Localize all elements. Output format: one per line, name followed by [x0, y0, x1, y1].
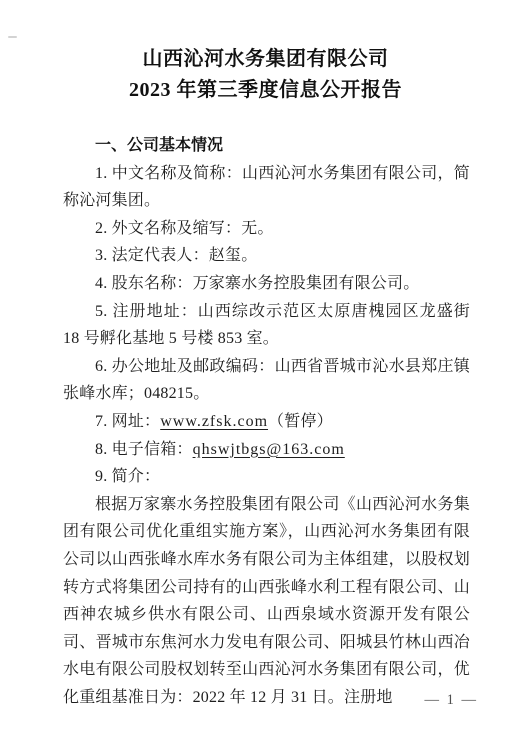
item-website: 7. 网址：www.zfsk.com（暂停） [63, 408, 470, 436]
item-foreign-name-text: 2. 外文名称及缩写：无。 [95, 220, 274, 237]
intro-paragraph: 根据万家寨水务控股集团有限公司《山西沁河水务集团有限公司优化重组实施方案》，山西… [63, 491, 470, 712]
item-intro-label-text: 9. 简介： [95, 468, 160, 485]
report-title-line2: 2023 年第三季度信息公开报告 [0, 75, 531, 106]
report-body: 一、公司基本情况 1. 中文名称及简称：山西沁河水务集团有限公司，简称沁河集团。… [63, 132, 470, 711]
item-chinese-name: 1. 中文名称及简称：山西沁河水务集团有限公司，简称沁河集团。 [63, 160, 470, 215]
item-shareholder-name: 4. 股东名称：万家寨水务控股集团有限公司。 [63, 270, 470, 298]
website-link[interactable]: www.zfsk.com [160, 413, 268, 430]
item-foreign-name: 2. 外文名称及缩写：无。 [63, 215, 470, 243]
item-intro-label: 9. 简介： [63, 463, 470, 491]
item-registered-address: 5. 注册地址：山西综改示范区太原唐槐园区龙盛街 18 号孵化基地 5 号楼 8… [63, 298, 470, 353]
item-registered-address-text: 5. 注册地址：山西综改示范区太原唐槐园区龙盛街 18 号孵化基地 5 号楼 8… [63, 303, 470, 348]
item-website-label: 7. 网址： [95, 413, 160, 430]
scan-artifact-mark [8, 36, 17, 38]
report-title: 山西沁河水务集团有限公司 2023 年第三季度信息公开报告 [0, 44, 531, 106]
email-link[interactable]: qhswjtbgs@163.com [193, 441, 345, 458]
item-email-label: 8. 电子信箱： [95, 441, 193, 458]
document-page: 山西沁河水务集团有限公司 2023 年第三季度信息公开报告 一、公司基本情况 1… [0, 0, 531, 748]
item-email: 8. 电子信箱：qhswjtbgs@163.com [63, 436, 470, 464]
item-legal-representative: 3. 法定代表人：赵玺。 [63, 242, 470, 270]
page-number: — 1 — [425, 692, 479, 708]
report-title-line1: 山西沁河水务集团有限公司 [0, 44, 531, 75]
section-heading-company-basics: 一、公司基本情况 [63, 132, 470, 160]
item-website-suffix: （暂停） [268, 413, 333, 430]
item-legal-representative-text: 3. 法定代表人：赵玺。 [95, 247, 257, 264]
item-shareholder-name-text: 4. 股东名称：万家寨水务控股集团有限公司。 [95, 275, 419, 292]
item-office-address-postcode: 6. 办公地址及邮政编码：山西省晋城市沁水县郑庄镇张峰水库；048215。 [63, 353, 470, 408]
item-chinese-name-text: 1. 中文名称及简称：山西沁河水务集团有限公司，简称沁河集团。 [63, 165, 470, 210]
item-office-address-postcode-text: 6. 办公地址及邮政编码：山西省晋城市沁水县郑庄镇张峰水库；048215。 [63, 358, 470, 403]
